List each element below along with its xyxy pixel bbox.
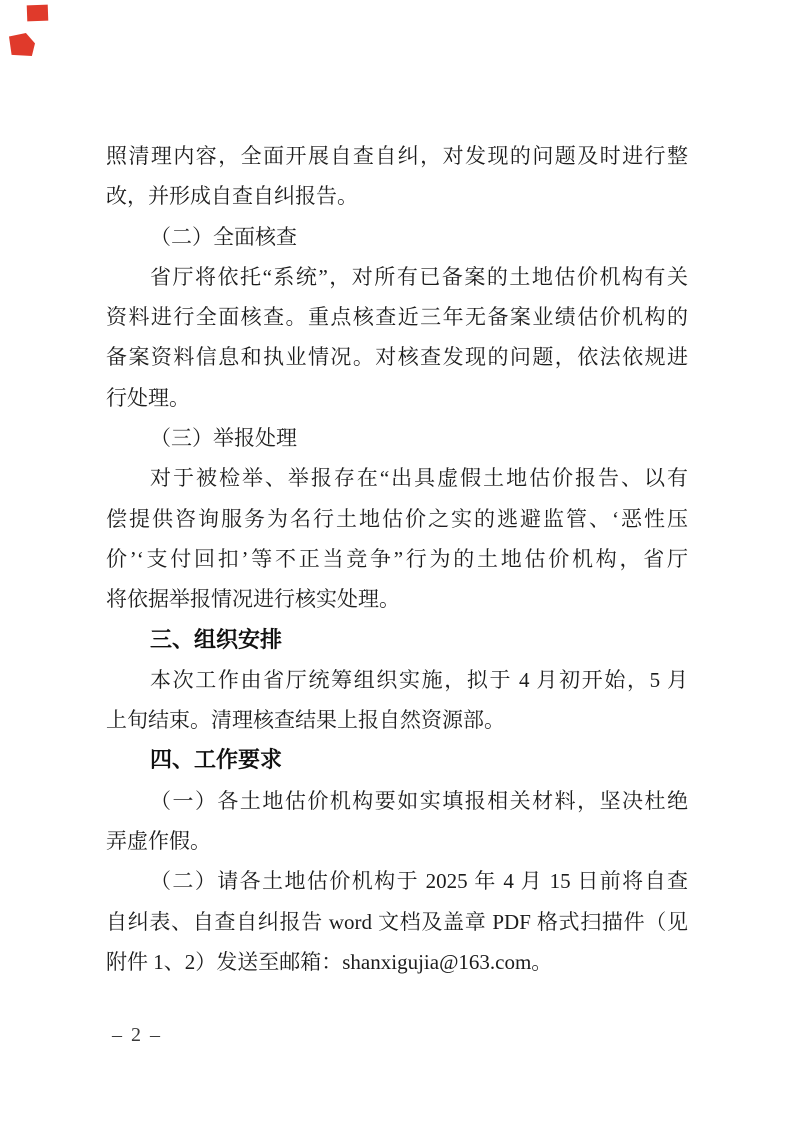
text-line: 照清理内容，全面开展自查自纠，对发现的问题及时进行整 xyxy=(106,136,688,176)
text-line: 行处理。 xyxy=(106,378,688,418)
text-line: 备案资料信息和执业情况。对核查发现的问题，依法依规进 xyxy=(106,337,688,377)
text-line: 自纠表、自查自纠报告 word 文档及盖章 PDF 格式扫描件（见 xyxy=(106,902,688,942)
text-line: （二）全面核查 xyxy=(106,217,688,257)
text-line: 改，并形成自查自纠报告。 xyxy=(106,176,688,216)
document-page: 照清理内容，全面开展自查自纠，对发现的问题及时进行整改，并形成自查自纠报告。（二… xyxy=(0,0,802,1134)
text-line: 资料进行全面核查。重点核查近三年无备案业绩估价机构的 xyxy=(106,297,688,337)
text-line: 对于被检举、举报存在“出具虚假土地估价报告、以有 xyxy=(106,458,688,498)
text-line: 省厅将依托“系统”，对所有已备案的土地估价机构有关 xyxy=(106,257,688,297)
text-line: 价’‘支付回扣’等不正当竞争”行为的土地估价机构，省厅 xyxy=(106,539,688,579)
text-line: 附件 1、2）发送至邮箱：shanxigujia@163.com。 xyxy=(106,942,688,982)
red-stamp-artifact-1 xyxy=(27,5,49,22)
text-line: 弄虚作假。 xyxy=(106,821,688,861)
text-line: 偿提供咨询服务为名行土地估价之实的逃避监管、‘恶性压 xyxy=(106,499,688,539)
text-line: 将依据举报情况进行核实处理。 xyxy=(106,579,688,619)
red-stamp-artifact-2 xyxy=(9,33,35,56)
text-line: 本次工作由省厅统筹组织实施，拟于 4 月初开始，5 月 xyxy=(106,660,688,700)
text-line: 上旬结束。清理核查结果上报自然资源部。 xyxy=(106,700,688,740)
text-line: 四、工作要求 xyxy=(106,740,688,780)
text-line: （二）请各土地估价机构于 2025 年 4 月 15 日前将自查 xyxy=(106,861,688,901)
page-number: – 2 – xyxy=(112,1024,162,1047)
text-line: 三、组织安排 xyxy=(106,620,688,660)
text-line: （三）举报处理 xyxy=(106,418,688,458)
text-line: （一）各土地估价机构要如实填报相关材料，坚决杜绝 xyxy=(106,781,688,821)
document-body: 照清理内容，全面开展自查自纠，对发现的问题及时进行整改，并形成自查自纠报告。（二… xyxy=(106,136,688,982)
